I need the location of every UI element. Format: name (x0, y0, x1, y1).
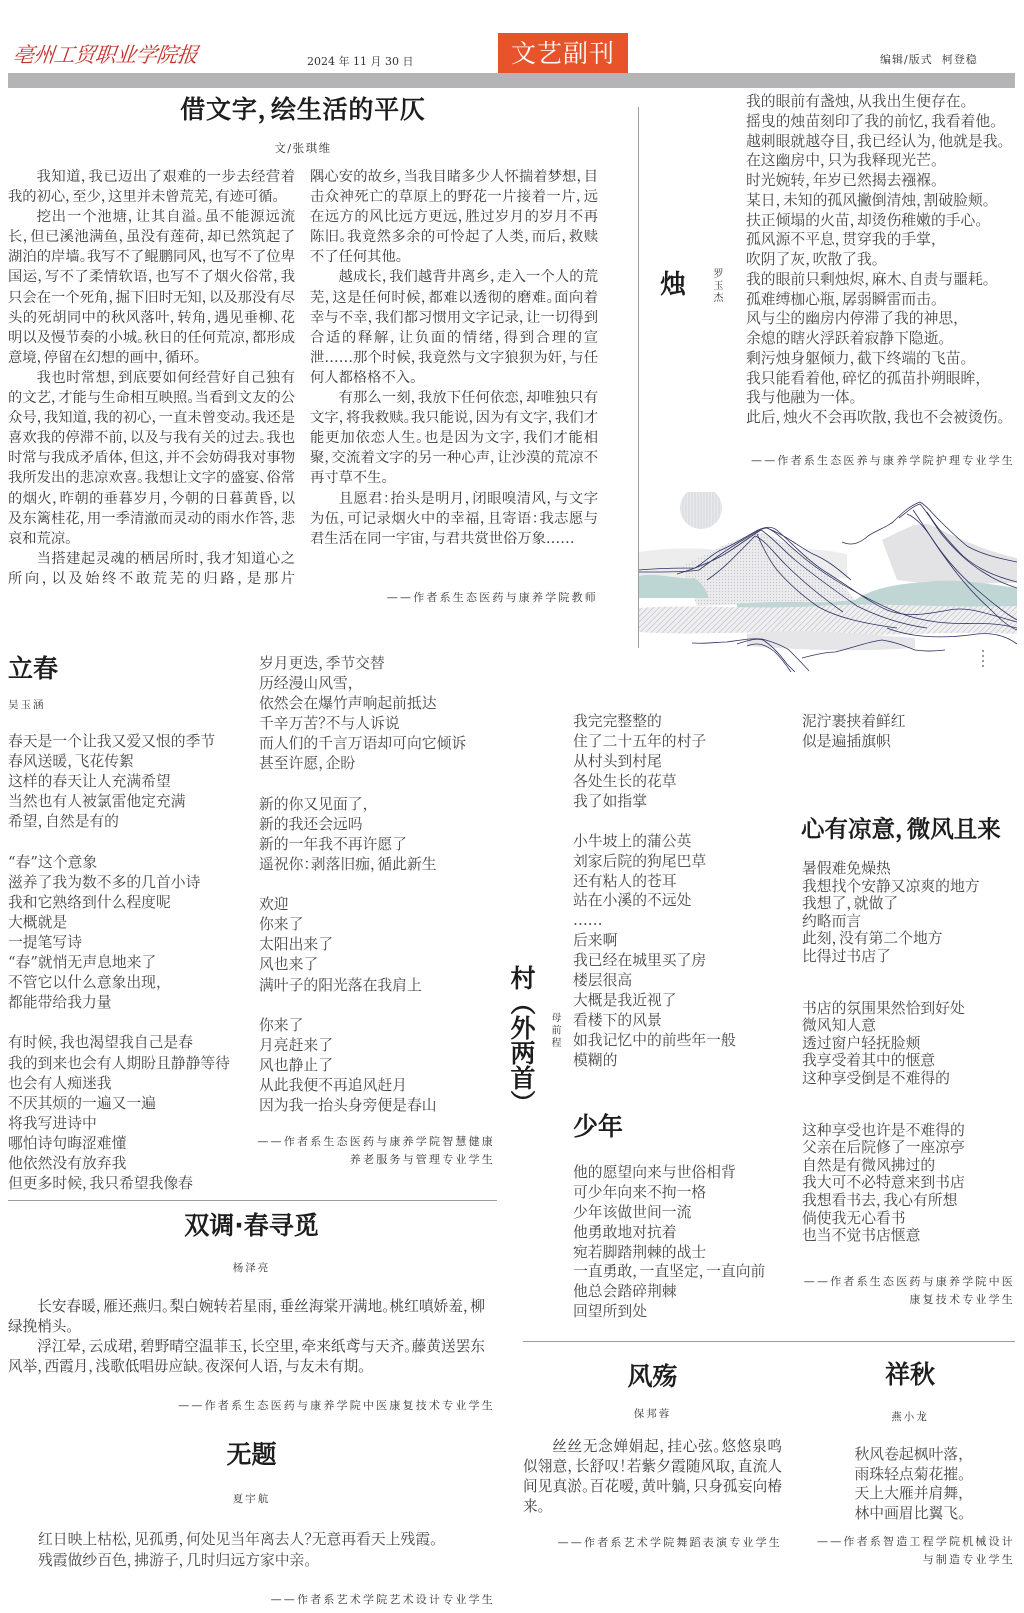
poem-line: 从此我便不再追风赶月 (259, 1076, 466, 1096)
poem-line: 他依然没有放弃我 (8, 1154, 230, 1174)
poem-line: 站在小溪的不远处 (573, 891, 736, 911)
section-divider (8, 1200, 497, 1201)
poem-line: 某日，未知的孤风撇倒清烛，割破脸颊。 (746, 191, 1005, 211)
author-credit: ——作者系生态医养与康养学院护理专业学生 (735, 453, 1015, 469)
poem-line: 这样的春天让人充满希望 (8, 772, 230, 792)
poem-line: 残霞做纱百色，拂游子，几时归远方家中亲。 (38, 1551, 438, 1572)
poem-line: 他勇敢地对抗着 (573, 1223, 765, 1243)
paragraph: 我知道，我已迈出了艰难的一步去经营着我的初心，至少，这里并未曾荒芜，有迹可循。 (8, 167, 295, 207)
newspaper-masthead: 亳州工贸职业学院报 (12, 41, 199, 69)
poem-line: 模糊的 (573, 1051, 736, 1071)
poem-line (259, 996, 466, 1016)
poem-line: 月亮赶来了 (259, 1036, 466, 1056)
author-credit: ——作者系生态医药与康养学院教师 (300, 590, 598, 606)
poem-line: 你来了 (259, 915, 466, 935)
poem-line: 如我记忆中的前些年一般 (573, 1031, 736, 1051)
poem-line: 回望所到处 (573, 1302, 765, 1322)
poem-line: 历经漫山风雪， (259, 674, 466, 694)
poem-line: 希望，自然是有的 (8, 812, 230, 832)
poem-title: 祥秋 (805, 1361, 1015, 1389)
poem-line: 他的愿望向来与世俗相背 (573, 1163, 765, 1183)
poem-line: 有时候，我也渴望我自己是春 (8, 1033, 230, 1053)
poem-line: 此后，烛火不会再吹散，我也不会被烫伤。 (746, 408, 1005, 428)
poem-line: 滋养了我为数不多的几首小诗 (8, 873, 230, 893)
issue-date: 2024 年 11 月 30 日 (307, 55, 413, 69)
poem-line: 我只能看着他，碎忆的孤苗扑朔眼眸， (746, 369, 1005, 389)
poem-line: 后来啊 (573, 931, 736, 951)
header-rule-bar (8, 73, 1015, 88)
poem-line: 从村头到村尾 (573, 752, 736, 772)
poem-line: 但更多时候，我只希望我像春 (8, 1174, 230, 1194)
poem-body: 红日映上枯松，见孤勇，何处见当年离去人？无意再看天上残霞。残霞做纱百色，拂游子，… (38, 1530, 438, 1571)
poem-line: 大概是我近视了 (573, 991, 736, 1011)
sun-shape (680, 488, 722, 529)
poem-line: 摇曳的烛苗刻印了我的前忆，我看着他。 (746, 112, 1005, 132)
poem-title-shaonian: 少年 (573, 1113, 623, 1141)
prose-body: 长安春暖，雁还燕归。梨白婉转若星雨，垂丝海棠开满地。桃红嗔娇羞，柳绿挽梢头。 浮… (8, 1297, 485, 1377)
poem-line: 太阳出来了 (259, 935, 466, 955)
poem-line: 泥泞裹挟着鲜红 (802, 712, 906, 732)
poem-line: 余熄的瞎火浮跃着寂静下隐逝。 (746, 329, 1005, 349)
poem-line: 少年该做世间一流 (573, 1203, 765, 1223)
paragraph: 挖出一个池塘，让其自溢。虽不能源远流长，但已溪池满鱼，虽没有莲荷，却已然筑起了湖… (8, 207, 295, 368)
poem-line: 春风送暖，飞花传絮 (8, 752, 230, 772)
poem-body-cun: 我完完整整的住了二十五年的村子从村头到村尾各处生长的花草我了如指掌小牛坡上的蒲公… (573, 712, 736, 1071)
poem-line: 哪怕诗句晦涩难懂 (8, 1134, 230, 1154)
poem-column-2: 岁月更迭，季节交替历经漫山风雪，依然会在爆竹声响起前抵达千辛万苦？不与人诉说而人… (259, 654, 466, 1116)
poem-line: 一提笔写诗 (8, 933, 230, 953)
essay-byline: 文/张琪维 (8, 141, 598, 155)
poem-line: 风与尘的幽房内停滞了我的神思， (746, 309, 1005, 329)
poem-line (802, 966, 980, 1000)
prose-body: 丝丝无念婵娟起，挂心弦。悠悠泉鸣似翎意，长舒叹！若紫夕霞随风取，直流人间见真淤。… (523, 1437, 782, 1517)
poem-line (259, 775, 466, 795)
poem-line: 春天是一个让我又爱又恨的季节 (8, 732, 230, 752)
essay-title: 借文字，绘生活的平仄 (8, 95, 598, 125)
poem-body: 秋风卷起枫叶落，雨珠轻点菊花摧。天上大雁并肩舞，林中画眉比翼飞。 (805, 1445, 1015, 1523)
poem-title: 风殇 (523, 1363, 782, 1391)
poem-line: 父亲在后院修了一座凉亭 (802, 1139, 980, 1157)
author-credit: ——作者系生态医药与康养学院智慧健康养老服务与管理专业学生 (240, 1133, 495, 1169)
poem-line: 不管它以什么意象出现， (8, 973, 230, 993)
poem-line: 我想了，就做了 (802, 895, 980, 913)
poem-line: 我已经在城里买了房 (573, 951, 736, 971)
section-divider (523, 1341, 1015, 1342)
poem-line: …… (573, 911, 736, 931)
poem-line: 各处生长的花草 (573, 772, 736, 792)
poem-line: 风也来了 (259, 955, 466, 975)
poem-line: 暑假难免燥热 (802, 860, 980, 878)
poem-line: 遥祝你：剥落旧痂，循此新生 (259, 855, 466, 875)
poem-line: 时光婉转，年岁已然揭去襁褓。 (746, 171, 1005, 191)
poem-line: 你来了 (259, 1016, 466, 1036)
poem-line: 书店的氛围果然恰到好处 (802, 1000, 980, 1018)
poem-line: 小牛坡上的蒲公英 (573, 832, 736, 852)
poem-line: 新的一年我不再许愿了 (259, 835, 466, 855)
poem-line: 我的到来也会有人期盼且静静等待 (8, 1054, 230, 1074)
poem-line: 比得过书店了 (802, 948, 980, 966)
poem-line: 秋风卷起枫叶落， (805, 1445, 1015, 1465)
poem-line: 我想找个安静又凉爽的地方 (802, 878, 980, 896)
poem-line: 甚至许愿，企盼 (259, 754, 466, 774)
poem-line: 我与他融为一体。 (746, 388, 1005, 408)
poem-line: 孤风源不平息，贯穿我的手掌， (746, 230, 1005, 250)
poem-line: 透过窗户轻抚脸颊 (802, 1035, 980, 1053)
poem-line: 住了二十五年的村子 (573, 732, 736, 752)
poem-line: 我了如指掌 (573, 792, 736, 812)
section-title-badge: 文艺副刊 (498, 33, 628, 74)
poem-line: 倘使我无心看书 (802, 1210, 980, 1228)
poem-line: 新的我还会远吗 (259, 815, 466, 835)
credit-line: 与制造专业学生 (780, 1551, 1015, 1569)
author-credit: ——作者系艺术学院舞蹈表演专业学生 (500, 1535, 782, 1551)
poem-line: 也当不觉书店惬意 (802, 1227, 980, 1245)
author-credit: ——作者系智造工程学院机械设计与制造专业学生 (780, 1533, 1015, 1569)
poem-line: 我享受着其中的惬意 (802, 1052, 980, 1070)
poem-line: 因为我一抬头身旁便是春山 (259, 1096, 466, 1116)
poem-line: “春”这个意象 (8, 853, 230, 873)
poem-line: 林中画眉比翼飞。 (805, 1504, 1015, 1524)
poem-title: 无题 (8, 1441, 495, 1469)
poem-line (573, 812, 736, 832)
poem-line: 扶正倾塌的火苗，却烫伤稚嫩的手心。 (746, 211, 1005, 231)
poem-line: 将我写进诗中 (8, 1114, 230, 1134)
poem-body-shaonian: 他的愿望向来与世俗相背可少年向来不拘一格少年该做世间一流他勇敢地对抗着宛若脚踏荆… (573, 1163, 765, 1322)
poem-author: 吴玉涵 (8, 698, 46, 712)
credit-line: 康复技术专业学生 (780, 1291, 1015, 1309)
poem-line: 孤难缚枷心瓶，孱弱瞬雷而击。 (746, 290, 1005, 310)
poem-line: 还有粘人的苍耳 (573, 872, 736, 892)
poem-line: 自然是有微风拂过的 (802, 1157, 980, 1175)
poem-line: 这种享受倒是不难得的 (802, 1070, 980, 1088)
poem-line (8, 1013, 230, 1033)
illustration-signature-mark (982, 650, 984, 667)
poem-line: “春”就悄无声息地来了 (8, 953, 230, 973)
paragraph: 当搭建起灵魂的栖居所时，我才知道心之所向，以及始终不敢荒芜的归路，是那片 (8, 549, 295, 589)
illustration-ink-mountains (637, 488, 1017, 672)
poem-line: 我完完整整的 (573, 712, 736, 732)
paragraph: 长安春暖，雁还燕归。梨白婉转若星雨，垂丝海棠开满地。桃红嗔娇羞，柳绿挽梢头。 (8, 1297, 485, 1337)
poem-column-1: 春天是一个让我又爱又恨的季节春风送暖，飞花传絮这样的春天让人充满希望当然也有人被… (8, 732, 230, 1194)
editor-credit: 编辑/版式 柯登稳 (880, 53, 978, 67)
poem-line (8, 832, 230, 852)
poem-line: 这种享受也许是不难得的 (802, 1122, 980, 1140)
paragraph: 且愿君：抬头是明月，闭眼嗅清风，与文字为伍，可记录烟火中的幸福，且寄语：我志愿与… (310, 489, 598, 549)
poem-line: 不厌其烦的一遍又一遍 (8, 1094, 230, 1114)
poem-line: 风也静止了 (259, 1056, 466, 1076)
poem-line: 吹阴了灰，吹散了我。 (746, 250, 1005, 270)
paragraph: 隅心安的故乡，当我目睹多少人怀揣着梦想，目击众神死亡的草原上的野花一片接着一片，… (310, 167, 598, 267)
credit-line: 养老服务与管理专业学生 (240, 1151, 495, 1169)
author-credit: ——作者系艺术学院艺术设计专业学生 (8, 1592, 495, 1608)
credit-line: ——作者系生态医药与康养学院中医 (780, 1273, 1015, 1291)
poem-body-liangyi: 暑假难免燥热我想找个安静又凉爽的地方我想了，就做了约略而言此刻，没有第二个地方比… (802, 860, 980, 1245)
poem-line: 在这幽房中，只为我释现光芒。 (746, 151, 1005, 171)
poem-author: 罗玉杰 (711, 268, 722, 304)
poem-author: 母前程 (548, 1012, 560, 1050)
paragraph: 有那么一刻，我放下任何依恋，却唯独只有文字，将我救赎。我只能说，因为有文字，我们… (310, 388, 598, 488)
paragraph: 丝丝无念婵娟起，挂心弦。悠悠泉鸣似翎意，长舒叹！若紫夕霞随风取，直流人间见真淤。… (523, 1437, 782, 1517)
poem-line: 千辛万苦？不与人诉说 (259, 714, 466, 734)
poem-line: 红日映上枯松，见孤勇，何处见当年离去人？无意再看天上残霞。 (38, 1530, 438, 1551)
poem-group-title: 村（外两首） (507, 965, 535, 1115)
poem-line: 剩污烛身躯倾力，截下终端的飞苗。 (746, 349, 1005, 369)
poem-title-liangyi: 心有凉意，微风且来 (801, 815, 1001, 843)
poem-author: 夏宇航 (8, 1492, 495, 1506)
poem-line: 都能带给我力量 (8, 993, 230, 1013)
poem-author: 燕小龙 (805, 1410, 1015, 1424)
poem-line: 我大可不必特意来到书店 (802, 1174, 980, 1192)
paragraph: 我也时常想，到底要如何经营好自己独有的文艺，才能与生命相互映照。当看到文友的公众… (8, 368, 295, 549)
paragraph: 浮江晕，云成珺，碧野晴空温菲玉，长空里，牵来纸鸢与天齐。藤黄送罢东风举，西霞月，… (8, 1337, 485, 1377)
poem-line: 天上大雁并肩舞， (805, 1484, 1015, 1504)
poem-line: 宛若脚踏荆棘的战士 (573, 1243, 765, 1263)
credit-line: ——作者系生态医药与康养学院智慧健康 (240, 1133, 495, 1151)
poem-line: 依然会在爆竹声响起前抵达 (259, 694, 466, 714)
poem-line: 满叶子的阳光落在我肩上 (259, 976, 466, 996)
poem-line: 大概就是 (8, 913, 230, 933)
poem-body: 我的眼前有盏烛，从我出生便存在。摇曳的烛苗刻印了我的前忆，我看着他。越刺眼就越夺… (746, 92, 1005, 428)
essay-column-1: 我知道，我已迈出了艰难的一步去经营着我的初心，至少，这里并未曾荒芜，有迹可循。 … (8, 167, 295, 589)
essay-column-2: 隅心安的故乡，当我目睹多少人怀揣着梦想，目击众神死亡的草原上的野花一片接着一片，… (310, 167, 598, 549)
poem-line: 看楼下的风景 (573, 1011, 736, 1031)
poem-line: 此刻，没有第二个地方 (802, 930, 980, 948)
paragraph: 越成长，我们越背井离乡，走入一个人的荒芜，这是任何时候，都难以透彻的磨难。面向着… (310, 267, 598, 388)
poem-title: 烛 (660, 270, 686, 300)
poem-line: 当然也有人被氯雷他定充满 (8, 792, 230, 812)
poem-title: 立春 (8, 655, 58, 683)
poem-line (802, 1088, 980, 1122)
credit-line: ——作者系智造工程学院机械设计 (780, 1533, 1015, 1551)
poem-line: 约略而言 (802, 913, 980, 931)
poem-line: 欢迎 (259, 895, 466, 915)
poem-line: 我的眼前有盏烛，从我出生便存在。 (746, 92, 1005, 112)
poem-line: 我的眼前只剩烛烬，麻木、自责与噩耗。 (746, 270, 1005, 290)
mountain-landscape-image (637, 488, 1017, 672)
poem-line: 我和它熟络到什么程度呢 (8, 893, 230, 913)
poem-line: 微风知人意 (802, 1017, 980, 1035)
poem-line: 他总会踏碎荆棘 (573, 1282, 765, 1302)
poem-author: 杨泽亮 (8, 1261, 495, 1275)
poem-line: 似是遍插旗帜 (802, 732, 906, 752)
poem-line: 越刺眼就越夺目，我已经认为，他就是我。 (746, 132, 1005, 152)
poem-author: 保邦蓉 (523, 1407, 782, 1421)
poem-line: 刘家后院的狗尾巴草 (573, 852, 736, 872)
poem-line: 而人们的千言万语却可向它倾诉 (259, 734, 466, 754)
poem-line: 楼层很高 (573, 971, 736, 991)
poem-line (259, 875, 466, 895)
poem-line: 雨珠轻点菊花摧。 (805, 1465, 1015, 1485)
poem-line: 新的你又见面了， (259, 795, 466, 815)
poem-line: 我想看书去，我心有所想 (802, 1192, 980, 1210)
poem-line: 也会有人痴迷我 (8, 1074, 230, 1094)
poem-line: 岁月更迭，季节交替 (259, 654, 466, 674)
landscape-fills (639, 524, 1017, 650)
author-credit: ——作者系生态医药与康养学院中医康复技术专业学生 (780, 1273, 1015, 1309)
poem-body-shaonian-continued: 泥泞裹挟着鲜红似是遍插旗帜 (802, 712, 906, 752)
poem-title: 双调·春寻觅 (8, 1212, 495, 1240)
poem-line: 一直勇敢，一直坚定，一直向前 (573, 1262, 765, 1282)
author-credit: ——作者系生态医药与康养学院中医康复技术专业学生 (8, 1398, 495, 1414)
poem-line: 可少年向来不拘一格 (573, 1183, 765, 1203)
